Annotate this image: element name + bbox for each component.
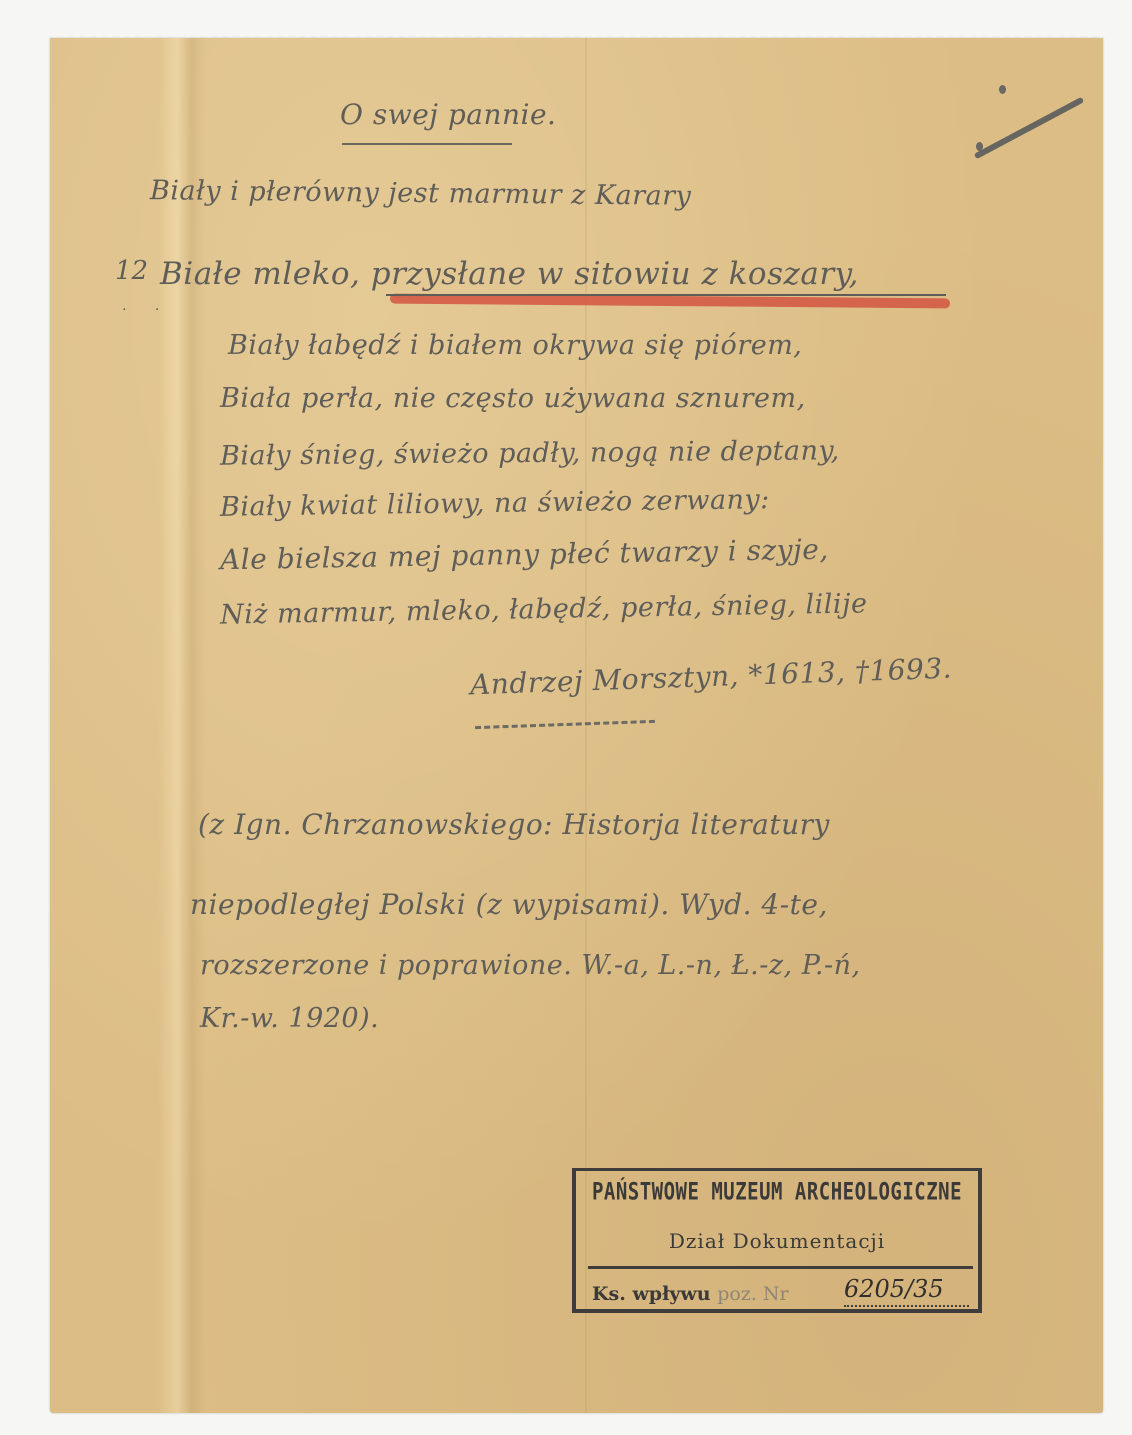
- stamp-dotted-line: [844, 1305, 969, 1307]
- line-number: 12: [115, 256, 148, 286]
- division-mark-dot-top: [999, 85, 1006, 94]
- division-mark-dot-bottom: [976, 142, 983, 151]
- stamp-department: Dział Dokumentacji: [576, 1229, 978, 1253]
- title-underline: [342, 143, 512, 145]
- line-number-marks: . .: [122, 298, 171, 314]
- stamp-entry-number: 6205/35: [844, 1275, 944, 1303]
- paper-fold-crease: [158, 38, 206, 1413]
- poem-line: Ale bielsza mej panny płeć twarzy i szyj…: [220, 533, 829, 577]
- stamp-divider: [588, 1266, 973, 1269]
- stamp-entry-label-bold: Ks. wpływu: [592, 1283, 711, 1305]
- stamp-institution: PAŃSTWOWE MUZEUM ARCHEOLOGICZNE: [576, 1178, 978, 1206]
- signature-underline: [475, 720, 655, 729]
- poem-line: Biały śnieg, świeżo padły, nogą nie dept…: [220, 435, 840, 471]
- museum-archive-stamp: PAŃSTWOWE MUZEUM ARCHEOLOGICZNE Dział Do…: [572, 1168, 982, 1313]
- perforated-top-edge: [50, 34, 1103, 42]
- source-line: Kr.-w. 1920).: [200, 1003, 379, 1034]
- stamp-entry-label-faded: poz. Nr: [717, 1283, 788, 1305]
- poem-line: Białe mleko, przysłane w sitowiu z kosza…: [160, 256, 859, 292]
- source-line: (z Ign. Chrzanowskiego: Historja literat…: [198, 808, 830, 841]
- source-line: niepodległej Polski (z wypisami). Wyd. 4…: [190, 888, 828, 921]
- poem-title: O swej pannie.: [340, 98, 556, 131]
- author-signature: Andrzej Morsztyn, *1613, †1693.: [470, 652, 953, 702]
- stamp-entry-label: Ks. wpływu poz. Nr: [592, 1283, 789, 1305]
- poem-line: Biały kwiat liliowy, na świeżo zerwany:: [220, 484, 770, 523]
- poem-line: Biała perła, nie często używana sznurem,: [220, 383, 806, 414]
- poem-line: Niż marmur, mleko, łabędź, perła, śnieg,…: [220, 588, 868, 630]
- poem-intro-line: Biały i płerówny jest marmur z Karary: [150, 175, 692, 212]
- poem-line: Biały łabędź i białem okrywa się piórem,: [228, 330, 802, 361]
- source-line: rozszerzone i poprawione. W.-a, L.-n, Ł.…: [200, 950, 861, 981]
- pencil-underline: [386, 294, 946, 296]
- division-mark-icon: [974, 97, 1085, 160]
